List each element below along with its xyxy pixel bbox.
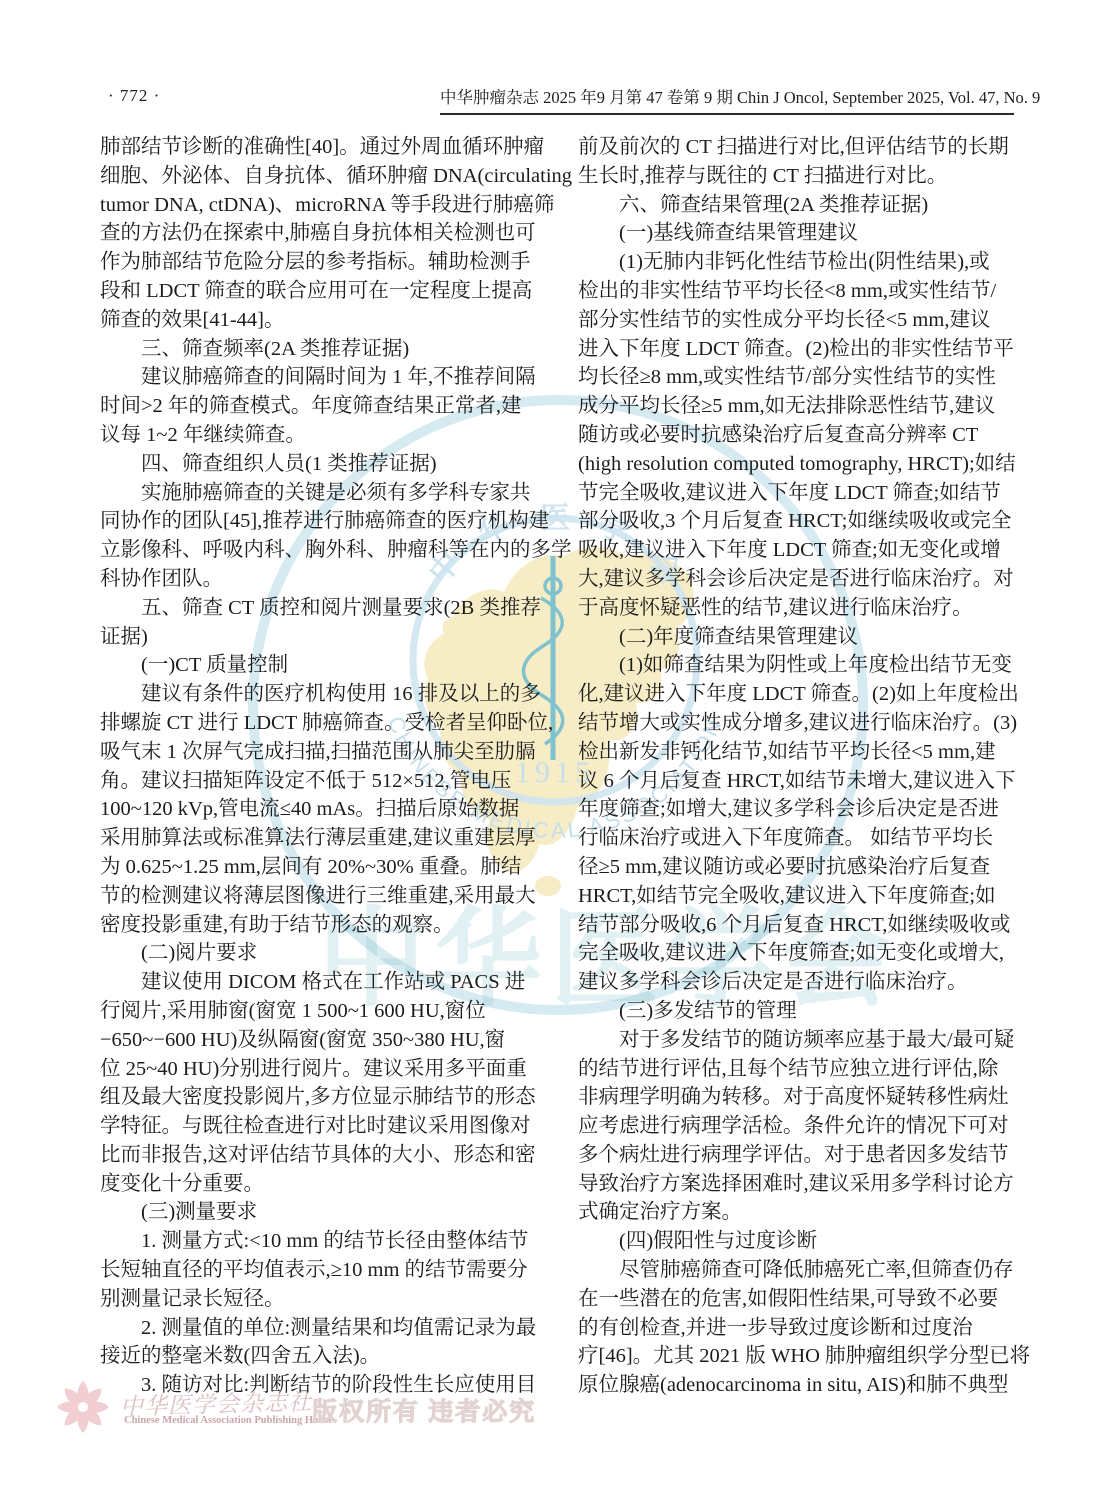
text-line: 原位腺癌(adenocarcinoma in situ, AIS)和肺不典型: [578, 1371, 1018, 1400]
text-line: 100~120 kVp,管电流≤40 mAs。扫描后原始数据: [100, 795, 560, 824]
text-line: 完全吸收,建议进入下年度筛查;如无变化或增大,: [578, 939, 1018, 968]
text-line: 为 0.625~1.25 mm,层间有 20%~30% 重叠。肺结: [100, 853, 560, 882]
text-line: 在一些潜在的危害,如假阳性结果,可导致不必要: [578, 1285, 1018, 1314]
text-line: 行临床治疗或进入下年度筛查。 如结节平均长: [578, 824, 1018, 853]
text-line: 位 25~40 HU)分别进行阅片。建议采用多平面重: [100, 1055, 560, 1084]
text-line: 密度投影重建,有助于结节形态的观察。: [100, 911, 560, 940]
text-line: 作为肺部结节危险分层的参考指标。辅助检测手: [100, 248, 560, 277]
text-line: 时间>2 年的筛查模式。年度筛查结果正常者,建: [100, 392, 560, 421]
text-line: (high resolution computed tomography, HR…: [578, 450, 1018, 479]
text-line: 段和 LDCT 筛查的联合应用可在一定程度上提高: [100, 277, 560, 306]
text-line: 议每 1~2 年继续筛查。: [100, 421, 560, 450]
text-line: 随访或必要时抗感染治疗后复查高分辨率 CT: [578, 421, 1018, 450]
text-line: 多个病灶进行病理学评估。对于患者因多发结节: [578, 1141, 1018, 1170]
text-line: 实施肺癌筛查的关键是必须有多学科专家共: [100, 479, 560, 508]
left-text-column: 肺部结节诊断的准确性[40]。通过外周血循环肿瘤细胞、外泌体、自身抗体、循环肿瘤…: [100, 133, 560, 1400]
text-line: 证据): [100, 623, 560, 652]
text-line: 大,建议多学科会诊后决定是否进行临床治疗。对: [578, 565, 1018, 594]
text-line: 吸气末 1 次屏气完成扫描,扫描范围从肺尖至肋膈: [100, 738, 560, 767]
text-line: 于高度怀疑恶性的结节,建议进行临床治疗。: [578, 594, 1018, 623]
journal-header: 中华肿瘤杂志 2025 年9 月第 47 卷第 9 期 Chin J Oncol…: [440, 84, 1014, 115]
text-line: 长短轴直径的平均值表示,≥10 mm 的结节需要分: [100, 1256, 560, 1285]
text-line: 立影像科、呼吸内科、胸外科、肿瘤科等在内的多学: [100, 536, 560, 565]
text-line: (一)CT 质量控制: [100, 651, 560, 680]
text-line: 接近的整毫米数(四舍五入法)。: [100, 1342, 560, 1371]
text-line: 结节增大或实性成分增多,建议进行临床治疗。(3): [578, 709, 1018, 738]
text-line: 议 6 个月后复查 HRCT,如结节未增大,建议进入下: [578, 767, 1018, 796]
text-line: 吸收,建议进入下年度 LDCT 筛查;如无变化或增: [578, 536, 1018, 565]
text-line: 疗[46]。尤其 2021 版 WHO 肺肿瘤组织学分型已将: [578, 1342, 1018, 1371]
text-line: 组及最大密度投影阅片,多方位显示肺结节的形态: [100, 1083, 560, 1112]
publisher-name-en: Chinese Medical Association Publishing H…: [124, 1415, 333, 1426]
text-line: (二)阅片要求: [100, 939, 560, 968]
page-number: · 772 ·: [108, 86, 160, 106]
text-line: −650~−600 HU)及纵隔窗(窗宽 350~380 HU,窗: [100, 1026, 560, 1055]
text-line: (1)如筛查结果为阴性或上年度检出结节无变: [578, 651, 1018, 680]
text-line: (二)年度筛查结果管理建议: [578, 623, 1018, 652]
text-line: 结节部分吸收,6 个月后复查 HRCT,如继续吸收或: [578, 911, 1018, 940]
text-line: 细胞、外泌体、自身抗体、循环肿瘤 DNA(circulating: [100, 162, 560, 191]
text-line: 的有创检查,并进一步导致过度诊断和过度治: [578, 1314, 1018, 1343]
text-line: 非病理学明确为转移。对于高度怀疑转移性病灶: [578, 1083, 1018, 1112]
text-line: 建议多学科会诊后决定是否进行临床治疗。: [578, 968, 1018, 997]
text-line: 年度筛查;如增大,建议多学科会诊后决定是否进: [578, 795, 1018, 824]
text-line: 建议肺癌筛查的间隔时间为 1 年,不推荐间隔: [100, 363, 560, 392]
text-line: 度变化十分重要。: [100, 1170, 560, 1199]
journal-page: 中 华 医 学 会 1915 CHINESE MEDICAL ASSOCIATI…: [0, 0, 1106, 1490]
text-line: HRCT,如结节完全吸收,建议进入下年度筛查;如: [578, 882, 1018, 911]
text-line: 别测量记录长短径。: [100, 1285, 560, 1314]
text-line: (三)多发结节的管理: [578, 997, 1018, 1026]
text-line: 成分平均长径≥5 mm,如无法排除恶性结节,建议: [578, 392, 1018, 421]
text-line: 四、筛查组织人员(1 类推荐证据): [100, 450, 560, 479]
text-line: (一)基线筛查结果管理建议: [578, 219, 1018, 248]
text-line: 式确定治疗方案。: [578, 1198, 1018, 1227]
text-line: 角。建议扫描矩阵设定不低于 512×512,管电压: [100, 767, 560, 796]
text-line: (四)假阳性与过度诊断: [578, 1227, 1018, 1256]
text-line: 比而非报告,这对评估结节具体的大小、形态和密: [100, 1141, 560, 1170]
text-line: 三、筛查频率(2A 类推荐证据): [100, 335, 560, 364]
text-line: 六、筛查结果管理(2A 类推荐证据): [578, 191, 1018, 220]
text-line: 导致治疗方案选择困难时,建议采用多学科讨论方: [578, 1170, 1018, 1199]
text-line: 前及前次的 CT 扫描进行对比,但评估结节的长期: [578, 133, 1018, 162]
text-line: 排螺旋 CT 进行 LDCT 肺癌筛查。受检者呈仰卧位,: [100, 709, 560, 738]
text-line: 查的方法仍在探索中,肺癌自身抗体相关检测也可: [100, 219, 560, 248]
text-line: 进入下年度 LDCT 筛查。(2)检出的非实性结节平: [578, 335, 1018, 364]
text-line: (三)测量要求: [100, 1198, 560, 1227]
text-line: 同协作的团队[45],推荐进行肺癌筛查的医疗机构建: [100, 507, 560, 536]
text-line: 检出的非实性结节平均长径<8 mm,或实性结节/: [578, 277, 1018, 306]
text-line: 尽管肺癌筛查可降低肺癌死亡率,但筛查仍存: [578, 1256, 1018, 1285]
text-line: 检出新发非钙化结节,如结节平均长径<5 mm,建: [578, 738, 1018, 767]
text-line: tumor DNA, ctDNA)、microRNA 等手段进行肺癌筛: [100, 191, 560, 220]
text-line: 科协作团队。: [100, 565, 560, 594]
text-line: 肺部结节诊断的准确性[40]。通过外周血循环肿瘤: [100, 133, 560, 162]
text-line: 的结节进行评估,且每个结节应独立进行评估,除: [578, 1055, 1018, 1084]
text-line: 五、筛查 CT 质控和阅片测量要求(2B 类推荐: [100, 594, 560, 623]
text-line: 应考虑进行病理学活检。条件允许的情况下可对: [578, 1112, 1018, 1141]
text-line: 对于多发结节的随访频率应基于最大/最可疑: [578, 1026, 1018, 1055]
text-line: 学特征。与既往检查进行对比时建议采用图像对: [100, 1112, 560, 1141]
text-line: 建议使用 DICOM 格式在工作站或 PACS 进: [100, 968, 560, 997]
text-line: 行阅片,采用肺窗(窗宽 1 500~1 600 HU,窗位: [100, 997, 560, 1026]
text-line: 部分吸收,3 个月后复查 HRCT;如继续吸收或完全: [578, 507, 1018, 536]
text-line: 2. 测量值的单位:测量结果和均值需记录为最: [100, 1314, 560, 1343]
text-line: 化,建议进入下年度 LDCT 筛查。(2)如上年度检出: [578, 680, 1018, 709]
text-line: 3. 随访对比:判断结节的阶段性生长应使用目: [100, 1371, 560, 1400]
text-line: 采用肺算法或标准算法行薄层重建,建议重建层厚: [100, 824, 560, 853]
right-text-column: 前及前次的 CT 扫描进行对比,但评估结节的长期生长时,推荐与既往的 CT 扫描…: [578, 133, 1018, 1400]
text-line: 筛查的效果[41-44]。: [100, 306, 560, 335]
text-line: 径≥5 mm,建议随访或必要时抗感染治疗后复查: [578, 853, 1018, 882]
text-line: 生长时,推荐与既往的 CT 扫描进行对比。: [578, 162, 1018, 191]
text-line: 建议有条件的医疗机构使用 16 排及以上的多: [100, 680, 560, 709]
text-line: 部分实性结节的实性成分平均长径<5 mm,建议: [578, 306, 1018, 335]
text-line: 节完全吸收,建议进入下年度 LDCT 筛查;如结节: [578, 479, 1018, 508]
text-line: 均长径≥8 mm,或实性结节/部分实性结节的实性: [578, 363, 1018, 392]
text-line: 节的检测建议将薄层图像进行三维重建,采用最大: [100, 882, 560, 911]
text-line: (1)无肺内非钙化性结节检出(阴性结果),或: [578, 248, 1018, 277]
text-line: 1. 测量方式:<10 mm 的结节长径由整体结节: [100, 1227, 560, 1256]
